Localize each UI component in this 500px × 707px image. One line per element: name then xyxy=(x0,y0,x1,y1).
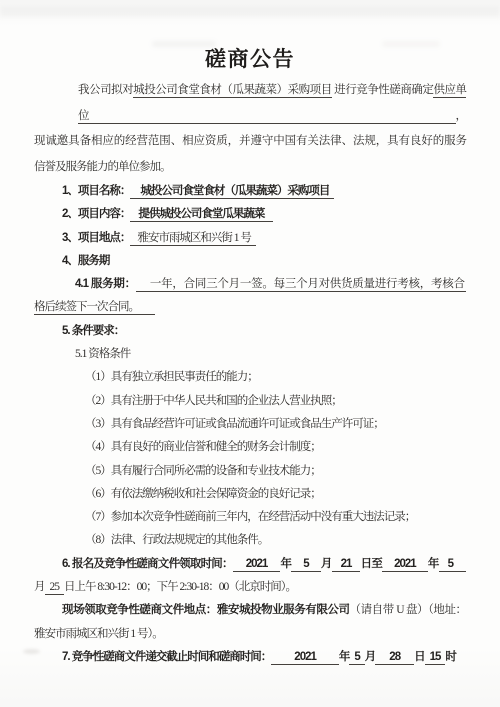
item-label: 3、项目地点： xyxy=(62,232,130,244)
item-value-underlined: 格后续签下一次合同。 xyxy=(34,301,155,315)
unit-text: 日至 xyxy=(360,558,382,570)
item-service-period-header: 4、服务期 xyxy=(34,250,466,273)
service-period-line-1: 4.1 服务期：一年，合同三个月一签。每三个月对供货质量进行考核，考核合 xyxy=(34,273,466,296)
intro-text: ， xyxy=(456,110,467,122)
registration-time-line-1: 6. 报名及竞争性磋商文件领取时间：2021年5月21日至2021年5 xyxy=(34,553,466,576)
unit-text: 年 xyxy=(428,558,439,570)
condition-item: （2）具有注册于中华人民共和国的企业法人营业执照； xyxy=(34,390,466,413)
day-blank: 21 xyxy=(332,558,361,572)
condition-item: （6）有依法缴纳税收和社会保障资金的良好记录； xyxy=(34,483,466,506)
item-label: 5. 条件要求： xyxy=(62,325,124,337)
item-label: 4.1 服务期： xyxy=(75,278,136,290)
item-project-name: 1、项目名称：城投公司食堂食材（瓜果蔬菜）采购项目 xyxy=(34,180,466,203)
item-value-underlined: 一年，合同三个月一签。每三个月对供货质量进行考核，考核合 xyxy=(136,278,466,292)
month-blank: 5 xyxy=(291,558,320,572)
document-page: 磋商公告 我公司拟对城投公司食堂食材（瓜果蔬菜）采购项目 进行竞争性磋商确定供应… xyxy=(0,0,500,707)
condition-item: （4）具有良好的商业信誉和健全的财务会计制度； xyxy=(34,436,466,459)
scan-artifact-top-band xyxy=(0,6,500,17)
item-label: 1、项目名称： xyxy=(62,185,130,197)
condition-item: （3）具有食品经营许可证或食品流通许可证或食品生产许可证； xyxy=(34,413,466,436)
pickup-line-2: 雅安市雨城区和兴街 1 号）。 xyxy=(34,623,466,646)
day-blank: 25 xyxy=(45,581,65,595)
item-label: 4、服务期 xyxy=(62,255,109,267)
unit-text: 年 xyxy=(280,558,291,570)
pickup-note: （请自带 U 盘）（地址： xyxy=(350,604,466,616)
qualification-subheader: 5.1 资格条件 xyxy=(34,343,466,366)
project-name-underlined: 城投公司食堂食材（瓜果蔬菜）采购项目 xyxy=(133,84,332,98)
pickup-location-paragraph: 现场领取竞争性磋商文件地点：雅安城投物业服务有限公司（请自带 U 盘）（地址： … xyxy=(34,599,466,646)
intro-paragraph: 我公司拟对城投公司食堂食材（瓜果蔬菜）采购项目 进行竞争性磋商确定供应单位， 现… xyxy=(34,78,466,180)
service-period-line-2: 格后续签下一次合同。 xyxy=(34,296,466,319)
item-value-underlined: 雅安市雨城区和兴街 1 号 xyxy=(130,232,256,246)
day-blank: 28 xyxy=(375,651,414,665)
qualification-conditions-list: （1）具有独立承担民事责任的能力； （2）具有注册于中华人民共和国的企业法人营业… xyxy=(34,366,466,552)
item-project-content: 2、项目内容：提供城投公司食堂瓜果蔬菜 xyxy=(34,203,466,226)
pickup-label: 现场领取竞争性磋商文件地点： xyxy=(62,604,217,616)
year-blank: 2021 xyxy=(382,558,428,572)
month-blank: 5 xyxy=(439,558,466,572)
item-requirements-header: 5. 条件要求： xyxy=(34,320,466,343)
intro-text: 我公司拟对 xyxy=(78,84,133,96)
intro-line-2: 现诚邀具备相应的经营范围、相应资质，并遵守中国有关法律、法规，具有良好的服务 xyxy=(34,129,466,155)
item-deadline-time: 7. 竞争性磋商文件递交截止时间和磋商时间：2021年5月28日15时 xyxy=(34,646,466,669)
item-label: 6. 报名及竞争性磋商文件领取时间： xyxy=(62,558,233,570)
intro-line-1: 我公司拟对城投公司食堂食材（瓜果蔬菜）采购项目 进行竞争性磋商确定供应单位， xyxy=(34,78,466,129)
document-content: 磋商公告 我公司拟对城投公司食堂食材（瓜果蔬菜）采购项目 进行竞争性磋商确定供应… xyxy=(34,46,466,669)
item-registration-time: 6. 报名及竞争性磋商文件领取时间：2021年5月21日至2021年5 月25日… xyxy=(34,553,466,600)
month-blank: 5 xyxy=(349,651,364,665)
item-service-period-detail: 4.1 服务期：一年，合同三个月一签。每三个月对供货质量进行考核，考核合 格后续… xyxy=(34,273,466,320)
unit-text: 月 xyxy=(321,558,332,570)
pickup-line-1: 现场领取竞争性磋商文件地点：雅安城投物业服务有限公司（请自带 U 盘）（地址： xyxy=(34,599,466,622)
unit-text: 月 xyxy=(365,651,376,663)
unit-text: 年 xyxy=(339,651,350,663)
item-label: 7. 竞争性磋商文件递交截止时间和磋商时间： xyxy=(62,651,271,663)
intro-text: 进行竞争性磋商确定 xyxy=(332,84,434,96)
company-name: 雅安城投物业服务有限公司 xyxy=(217,604,350,616)
year-blank: 2021 xyxy=(233,558,281,572)
page-title: 磋商公告 xyxy=(34,46,466,74)
registration-time-line-2: 月25日上午 8:30-12：00；下午 2:30-18：00（北京时间）。 xyxy=(34,576,466,599)
unit-text: 日 xyxy=(414,651,425,663)
item-value-underlined: 城投公司食堂食材（瓜果蔬菜）采购项目 xyxy=(130,185,334,199)
item-label: 2、项目内容： xyxy=(62,208,130,220)
unit-text: 月 xyxy=(34,581,45,593)
time-text: 日上午 8:30-12：00；下午 2:30-18：00（北京时间）。 xyxy=(64,581,296,593)
intro-line-3: 信誉及服务能力的单位参加。 xyxy=(34,155,466,181)
unit-text: 时 xyxy=(445,651,456,663)
item-project-location: 3、项目地点：雅安市雨城区和兴街 1 号 xyxy=(34,227,466,250)
condition-item: （7）参加本次竞争性磋商前三年内，在经营活动中没有重大违法记录； xyxy=(34,506,466,529)
year-blank: 2021 xyxy=(271,651,339,665)
hour-blank: 15 xyxy=(425,651,446,665)
item-value-underlined: 提供城投公司食堂瓜果蔬菜 xyxy=(130,208,273,222)
condition-item: （5）具有履行合同所必需的设备和专业技术能力； xyxy=(34,460,466,483)
condition-item: （8）法律、行政法规规定的其他条件。 xyxy=(34,529,466,552)
condition-item: （1）具有独立承担民事责任的能力； xyxy=(34,366,466,389)
